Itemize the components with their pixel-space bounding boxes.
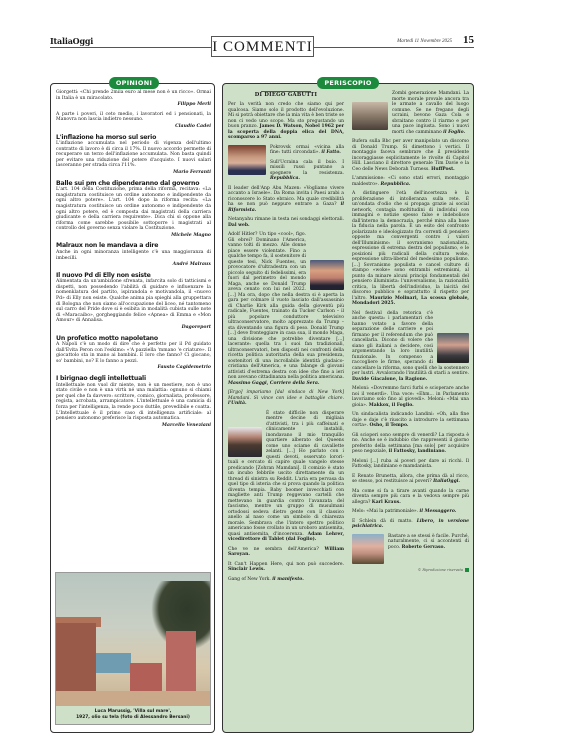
periscopio-item: Un sindacalista indicando Landini: «Oh, …: [352, 412, 469, 429]
periscopio-item: Per la verità non credo che siamo qui pe…: [228, 102, 344, 141]
opinion-author: Michele Magno: [56, 233, 211, 239]
periscopio-item: Che ve ne sembra dell'America? William S…: [228, 547, 344, 558]
periscopio-item: A distinguere l'età dell'incertezza è la…: [352, 191, 469, 307]
copyright-text: © Riproduzione riservata: [418, 568, 463, 572]
opinion-author: Claudio Cadei: [56, 124, 211, 130]
opinion-item: Giorgetti: «Chi prende 2mila euro al mes…: [56, 90, 211, 108]
gervaso-photo: [352, 534, 384, 564]
opinion-text: A Napoli c'è un modo di dire che è perfe…: [56, 342, 211, 364]
periscopio-box: PERISCOPIO DI DIEGO GABUTTI Per la verit…: [222, 83, 474, 733]
painting-image: Luca Marussig, 'Villa sul mare', 1927, o…: [55, 572, 211, 725]
periscopio-item: È stato difficile non disperare mentre d…: [228, 411, 344, 543]
periscopio-item: It Can't Happen Here, qui non può succed…: [228, 562, 344, 573]
periscopio-tag: PERISCOPIO: [317, 77, 379, 89]
opinion-item: I birignao degli intellettuali Intellett…: [56, 375, 211, 428]
opinion-title: Balle sui pm che dipenderanno dal govern…: [56, 180, 211, 187]
opinion-title: Malraux non le mandava a dire: [56, 242, 211, 249]
opinioni-box: OPINIONI Giorgetti: «Chi prende 2mila eu…: [50, 83, 215, 733]
issue-date: Martedì 11 Novembre 2025: [395, 39, 452, 44]
item-text: A distinguere l'età dell'incertezza è la…: [352, 191, 469, 301]
copyright-footer: © Riproduzione riservata: [352, 568, 469, 574]
item-text: Gang of New York.: [228, 577, 271, 582]
end-square-icon: [465, 568, 469, 572]
opinion-text: Alimentata da un'ambizione sfrenata, inf…: [56, 279, 211, 324]
opinion-item: Balle sui pm che dipenderanno dal govern…: [56, 180, 211, 239]
putin-photo: [228, 145, 266, 175]
page-number: 15: [460, 34, 474, 46]
masthead: ItaliaOggi I COMMENTI Martedì 11 Novembr…: [50, 34, 474, 58]
periscopio-column-2: Zombi generazione Mamdani. La morte mora…: [352, 91, 469, 573]
opinion-author: André Malraux: [56, 262, 211, 268]
item-source: ItaliaOggi.: [433, 479, 460, 484]
item-source: Davide Giacalone, la Ragione.: [352, 377, 427, 382]
tanks-photo: [352, 102, 388, 130]
item-text: [Ergo] impariamo [dal sindaco di New Yor…: [228, 390, 344, 401]
periscopio-item: Netanyahu rimane in testa nei sondaggi e…: [228, 217, 344, 228]
opinion-text: Anche in ogni minoranza intelligente c'è…: [56, 250, 211, 261]
periscopio-item: Gli scioperi sono sempre di venerdì? La …: [352, 433, 469, 455]
periscopio-item: Meloni: «Dovremmo farci furbi e sciopera…: [352, 386, 469, 408]
item-source: il Messaggero.: [420, 509, 457, 514]
painting-caption: Luca Marussig, 'Villa sul mare', 1927, o…: [56, 706, 210, 724]
opinion-text: L'inflazione accumulata nel periodo di v…: [56, 141, 211, 169]
opinion-text: Giorgetti: «Chi prende 2mila euro al mes…: [56, 90, 211, 101]
item-source: Sinclair Lewis.: [228, 567, 265, 572]
item-text: Adolf Hitler? Un tipo «cool», figo. Gli …: [228, 232, 344, 380]
lehrer-photo: [228, 427, 262, 457]
item-text: Zombi generazione Mamdani. La morte mora…: [392, 91, 469, 135]
opinion-text: Intellettuale non vuol dir niente, non è…: [56, 383, 211, 422]
painting-canvas: [56, 573, 210, 708]
item-text: Ma come si fa a tirare avanti quando la …: [352, 489, 469, 505]
item-text: Il leader dell'Anp Abu Mazen: «Vogliamo …: [228, 186, 344, 208]
opinion-item: L'inflazione ha morso sul serio L'inflaz…: [56, 134, 211, 176]
periscopio-item: Bufera sulla Bbc per aver manipolato un …: [352, 139, 469, 172]
byline: DI DIEGO GABUTTI: [223, 92, 349, 98]
periscopio-item: Meloni [...] ruba ai poveri per dare ai …: [352, 459, 469, 470]
trump-photo: [310, 260, 344, 290]
opinioni-content: Giorgetti: «Chi prende 2mila euro al mes…: [56, 90, 211, 432]
item-text: Meloni [...] ruba ai poveri per dare ai …: [352, 459, 469, 470]
item-source: il Fatto.: [321, 150, 341, 155]
giacalone-photo: [437, 333, 469, 363]
item-source: il Foglio.: [443, 130, 465, 135]
item-text: Melo: «Mai la patrimoniale».: [352, 509, 418, 514]
opinion-author: Marcello Veneziani: [56, 423, 211, 429]
item-source: il manifesto.: [272, 577, 304, 582]
item-source: HuffPost.: [431, 167, 455, 172]
item-source: Maurizio Molinari, La scossa globale, Mo…: [352, 296, 469, 307]
opinion-text: L'art. 104 della Costituzione, prima del…: [56, 187, 211, 232]
item-source: Makkox, il Foglio.: [369, 403, 414, 408]
item-source: Osho, il Tempo.: [370, 423, 409, 428]
item-text: It Can't Happen Here, qui non può succed…: [228, 562, 344, 567]
item-source: Massimo Gaggi, Corriere della Sera.: [228, 381, 319, 386]
periscopio-item: E Schlein dà di matto. Libero, in versio…: [352, 519, 469, 530]
periscopio-item: Nel festival della retorica c'è anche qu…: [352, 311, 469, 383]
item-text: E Schlein dà di matto.: [352, 519, 413, 524]
opinion-item: Malraux non le mandava a dire Anche in o…: [56, 242, 211, 267]
periscopio-item: Adolf Hitler? Un tipo «cool», figo. Gli …: [228, 232, 344, 386]
periscopio-item: Melo: «Mai la patrimoniale». il Messagge…: [352, 509, 469, 515]
periscopio-item: Il leader dell'Anp Abu Mazen: «Vogliamo …: [228, 186, 344, 214]
painting-sea: [96, 653, 131, 673]
opinion-title: Il nuovo Pd di Elly non esiste: [56, 272, 211, 279]
opinion-title: I birignao degli intellettuali: [56, 375, 211, 382]
opinion-item: A parte i poveri, il ceto medio, i lavor…: [56, 112, 211, 130]
periscopio-item: E Renato Brunetta, allora, che prima dà …: [352, 474, 469, 485]
item-source: Karl Kraus.: [372, 500, 401, 505]
item-text: Che ve ne sembra dell'America?: [228, 547, 319, 552]
item-text: Netanyahu rimane in testa nei sondaggi e…: [228, 217, 344, 222]
opinion-title: L'inflazione ha morso sul serio: [56, 134, 211, 141]
item-source: Repubblica.: [270, 176, 300, 181]
periscopio-column-1: Per la verità non credo che siamo qui pe…: [228, 102, 344, 586]
item-source: Roberto Gervaso.: [402, 545, 445, 550]
periscopio-item: Zombi generazione Mamdani. La morte mora…: [352, 91, 469, 135]
periscopio-item: Gang of New York. il manifesto.: [228, 577, 344, 583]
periscopio-item: Ma come si fa a tirare avanti quando la …: [352, 489, 469, 506]
opinion-author: Filippo Merli: [56, 102, 211, 108]
opinion-author: Fausto Cagidemetrio: [56, 365, 211, 371]
opinion-author: Mario Ferranti: [56, 170, 211, 176]
opinion-title: Un profetico motto napoletano: [56, 335, 211, 342]
caption-line-2: 1927, olio su tela (foto di Alessandro B…: [56, 715, 210, 721]
item-source: Repubblica.: [381, 182, 411, 187]
periscopio-item: L'ammissione: «Ci sono stati errori, mon…: [352, 176, 469, 187]
opinioni-tag: OPINIONI: [109, 77, 159, 89]
opinion-author: Dagoreport: [56, 325, 211, 331]
item-source: l'Unità.: [228, 401, 247, 406]
item-source: Dal web.: [228, 223, 250, 228]
opinion-text: A parte i poveri, il ceto medio, i lavor…: [56, 112, 211, 123]
periscopio-item: [Ergo] impariamo [dal sindaco di New Yor…: [228, 390, 344, 407]
item-text: Sull'Ucraina cala il buio. I missili rus…: [270, 160, 344, 176]
brand-logo: ItaliaOggi: [50, 36, 95, 46]
opinion-item: Un profetico motto napoletano A Napoli c…: [56, 335, 211, 371]
section-title: I COMMENTI: [211, 36, 314, 57]
opinion-item: Il nuovo Pd di Elly non esiste Alimentat…: [56, 272, 211, 331]
item-source: il Fattosky, landiniano.: [389, 449, 446, 454]
